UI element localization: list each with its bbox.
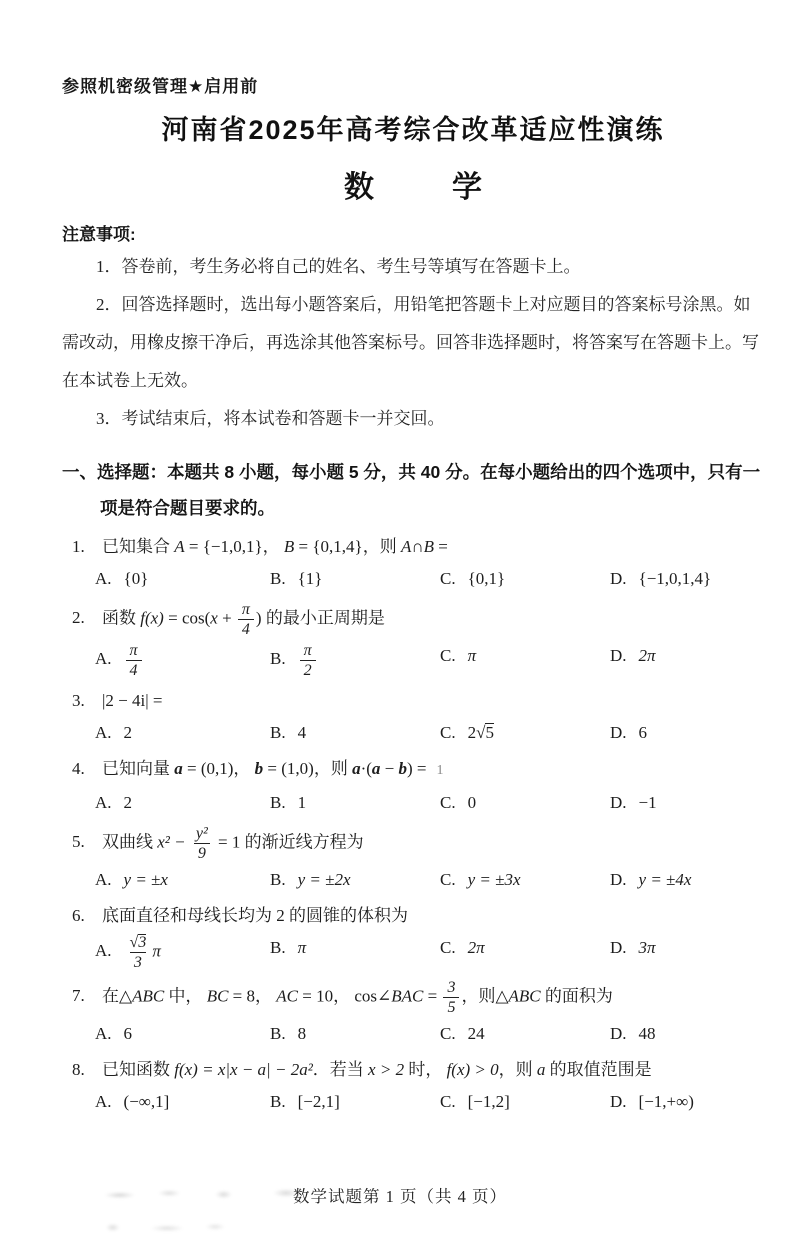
question-stem: 2.函数 f(x) = cos(x + π4) 的最小正周期是 (72, 600, 764, 639)
option-label: D. (610, 870, 627, 889)
stem-text: ，则 (363, 537, 401, 556)
fraction-numerator: 3 (443, 978, 459, 997)
stem-text: 函数 (102, 608, 140, 627)
option-label: D. (610, 938, 627, 957)
option-b: B.{1} (270, 564, 440, 594)
option-row: A.π4 B.π2 C.π D.2π (95, 641, 764, 680)
fraction: y²9 (192, 824, 212, 863)
option-d: D.[−1,+∞) (610, 1087, 764, 1117)
question-7: 7.在△ABC 中， BC = 8， AC = 10， cos∠BAC = 35… (72, 978, 764, 1049)
math-expr: = 10 (298, 986, 333, 1005)
exam-page: 参照机密级管理★启用前 河南省2025年高考综合改革适应性演练 数学 注意事项:… (0, 0, 800, 1246)
option-b: B.8 (270, 1019, 440, 1049)
pencil-mark: 1 (437, 763, 444, 778)
fraction-denominator: 3 (130, 952, 146, 972)
option-label: A. (95, 870, 112, 889)
fraction-denominator: 4 (238, 619, 254, 639)
scan-smudge (100, 1220, 260, 1235)
question-6: 6.底面直径和母线长均为 2 的圆锥的体积为 A.√33π B.π C.2π D… (72, 901, 764, 972)
security-label: 参照机密级管理★启用前 (62, 76, 764, 98)
option-label: C. (440, 1092, 456, 1111)
option-a: A.√33π (95, 933, 270, 972)
question-2: 2.函数 f(x) = cos(x + π4) 的最小正周期是 A.π4 B.π… (72, 600, 764, 680)
question-number: 8. (72, 1055, 102, 1085)
stem-text: ， (255, 986, 276, 1005)
notice-item: 2．回答选择题时，选出每小题答案后，用铅笔把答题卡上对应题目的答案标号涂黑。如需… (62, 286, 764, 400)
option-c: C.y = ±3x (440, 865, 610, 895)
stem-text: 的取值范围是 (545, 1060, 651, 1079)
math-expr: |2 − 4i| = (102, 691, 162, 710)
fraction-denominator: 2 (300, 660, 316, 680)
stem-text: 底面直径和母线长均为 2 的圆锥的体积为 (102, 906, 408, 925)
option-label: A. (95, 793, 112, 812)
option-value: 3π (639, 938, 656, 957)
option-value: y = ±x (124, 870, 168, 889)
subject-char: 数 (344, 171, 374, 204)
option-value: 2 (124, 793, 133, 812)
question-1: 1.已知集合 A = {−1,0,1}， B = {0,1,4}，则 A∩B =… (72, 532, 764, 594)
option-label: B. (270, 569, 286, 588)
option-row: A.2 B.4 C.2√5 D.6 (95, 718, 764, 748)
sqrt-radicand: 5 (485, 723, 494, 742)
sqrt-radicand: 3 (138, 934, 146, 952)
question-stem: 4.已知向量 a = (0,1)， b = (1,0)，则 a·(a − b) … (72, 754, 764, 786)
option-label: B. (270, 793, 286, 812)
option-label: A. (95, 1024, 112, 1043)
option-label: B. (270, 649, 286, 668)
footer-page-label: 数学试题第 1 页（共 4 页） (0, 1183, 800, 1207)
option-row: A.√33π B.π C.2π D.3π (95, 933, 764, 972)
math-expr: A∩B (401, 537, 434, 556)
option-row: A.{0} B.{1} C.{0,1} D.{−1,0,1,4} (95, 564, 764, 594)
fraction-denominator: 4 (126, 660, 142, 680)
option-c: C.π (440, 641, 610, 680)
option-value: 1 (298, 793, 307, 812)
stem-text: ，则 (314, 759, 352, 778)
math-expr: = (1,0) (263, 759, 314, 778)
question-3: 3.|2 − 4i| = A.2 B.4 C.2√5 D.6 (72, 686, 764, 748)
option-a: A.2 (95, 718, 270, 748)
option-label: B. (270, 1024, 286, 1043)
vector-var: a (352, 759, 361, 778)
option-value: 24 (468, 1024, 485, 1043)
option-d: D.48 (610, 1019, 764, 1049)
fraction-numerator: √3 (126, 933, 151, 952)
stem-text: 双曲线 (102, 832, 157, 851)
math-expr: + (218, 608, 236, 627)
math-expr: B (284, 537, 294, 556)
option-value: 4 (298, 723, 307, 742)
option-b: B.[−2,1] (270, 1087, 440, 1117)
math-expr: f(x) = x|x − a| − 2a² (174, 1060, 313, 1079)
math-expr: = 1 (214, 832, 245, 851)
option-value: 2π (468, 938, 485, 957)
option-value: 48 (639, 1024, 656, 1043)
question-stem: 7.在△ABC 中， BC = 8， AC = 10， cos∠BAC = 35… (72, 978, 764, 1017)
option-c: C.{0,1} (440, 564, 610, 594)
exam-title: 河南省2025年高考综合改革适应性演练 (62, 112, 764, 148)
option-value: −1 (639, 793, 657, 812)
fraction: π4 (126, 641, 142, 680)
option-row: A.2 B.1 C.0 D.−1 (95, 788, 764, 818)
option-label: C. (440, 870, 456, 889)
option-label: D. (610, 723, 627, 742)
option-d: D.2π (610, 641, 764, 680)
math-expr: = (434, 537, 448, 556)
option-value: π (468, 646, 477, 665)
option-label: A. (95, 941, 112, 960)
question-8: 8.已知函数 f(x) = x|x − a| − 2a²．若当 x > 2 时，… (72, 1055, 764, 1117)
option-label: D. (610, 1092, 627, 1111)
option-label: B. (270, 938, 286, 957)
option-value: π (298, 938, 307, 957)
option-label: C. (440, 569, 456, 588)
option-c: C.24 (440, 1019, 610, 1049)
option-d: D.y = ±4x (610, 865, 764, 895)
option-label: D. (610, 1024, 627, 1043)
question-number: 4. (72, 754, 102, 784)
math-expr: △ABC (119, 986, 164, 1005)
stem-text: ，则 (499, 1060, 537, 1079)
math-expr: ∠BAC (377, 986, 423, 1005)
notice-item: 3．考试结束后，将本试卷和答题卡一并交回。 (62, 400, 764, 438)
option-value: 0 (468, 793, 477, 812)
math-expr: = 8 (228, 986, 255, 1005)
stem-text: 的最小正周期是 (266, 608, 385, 627)
fraction-numerator: y² (192, 824, 212, 843)
notice-heading: 注意事项: (62, 222, 764, 248)
option-label: A. (95, 723, 112, 742)
math-expr: cos( (182, 608, 210, 627)
math-expr: = {0,1,4} (294, 537, 362, 556)
fraction: √33 (126, 933, 151, 972)
stem-text: 时， (404, 1060, 447, 1079)
option-label: B. (270, 1092, 286, 1111)
option-d: D.6 (610, 718, 764, 748)
stem-text: 已知集合 (102, 537, 174, 556)
subject-char: 学 (452, 171, 482, 204)
math-expr: ) = (407, 759, 427, 778)
question-number: 5. (72, 827, 102, 857)
option-label: C. (440, 723, 456, 742)
option-value: {1} (298, 569, 323, 588)
question-5: 5.双曲线 x² − y²9 = 1 的渐近线方程为 A.y = ±x B.y … (72, 824, 764, 895)
option-b: B.1 (270, 788, 440, 818)
stem-text: 中， (164, 986, 207, 1005)
option-value: 8 (298, 1024, 307, 1043)
page-content: 参照机密级管理★启用前 河南省2025年高考综合改革适应性演练 数学 注意事项:… (0, 0, 800, 1117)
fraction: 35 (443, 978, 459, 1017)
fraction-numerator: π (238, 600, 254, 619)
stem-text: 的面积为 (541, 986, 613, 1005)
option-value: y = ±4x (639, 870, 692, 889)
math-expr: AC (276, 986, 298, 1005)
subject-title: 数学 (62, 168, 764, 208)
math-expr: f(x) (140, 608, 164, 627)
stem-text: 已知函数 (102, 1060, 174, 1079)
fraction-numerator: π (126, 641, 142, 660)
stem-text: 已知向量 (102, 759, 174, 778)
option-b: B.π2 (270, 641, 440, 680)
option-label: D. (610, 646, 627, 665)
stem-text: 在 (102, 986, 119, 1005)
option-value: {0,1} (468, 569, 506, 588)
option-b: B.y = ±2x (270, 865, 440, 895)
question-number: 6. (72, 901, 102, 931)
option-label: B. (270, 723, 286, 742)
option-a: A.6 (95, 1019, 270, 1049)
option-c: C.[−1,2] (440, 1087, 610, 1117)
option-value: y = ±2x (298, 870, 351, 889)
math-expr: x (210, 608, 218, 627)
math-expr: x² − (157, 832, 190, 851)
option-value: [−1,2] (468, 1092, 510, 1111)
notice-item: 1．答卷前，考生务必将自己的姓名、考生号等填写在答题卡上。 (62, 248, 764, 286)
option-label: B. (270, 870, 286, 889)
question-number: 1. (72, 532, 102, 562)
stem-text: ．若当 (313, 1060, 368, 1079)
option-value: 2 (124, 723, 133, 742)
stem-text: ， (263, 537, 284, 556)
option-label: A. (95, 569, 112, 588)
math-expr: △ABC (495, 986, 540, 1005)
math-expr: = (423, 986, 441, 1005)
option-label: C. (440, 646, 456, 665)
option-value: {0} (124, 569, 149, 588)
option-d: D.−1 (610, 788, 764, 818)
option-label: D. (610, 793, 627, 812)
option-suffix: π (152, 941, 161, 960)
stem-text: ，则 (461, 986, 495, 1005)
option-label: D. (610, 569, 627, 588)
option-c: C.0 (440, 788, 610, 818)
option-value: 2π (639, 646, 656, 665)
option-a: A.2 (95, 788, 270, 818)
vector-var: b (255, 759, 264, 778)
fraction: π2 (300, 641, 316, 680)
option-a: A.{0} (95, 564, 270, 594)
option-value: y = ±3x (468, 870, 521, 889)
math-expr: ) (256, 608, 266, 627)
math-expr: x > 2 (368, 1060, 404, 1079)
math-expr: = (0,1) (183, 759, 234, 778)
option-d: D.{−1,0,1,4} (610, 564, 764, 594)
stem-text: ， (233, 759, 254, 778)
option-row: A.6 B.8 C.24 D.48 (95, 1019, 764, 1049)
option-label: C. (440, 938, 456, 957)
math-expr: BC (207, 986, 229, 1005)
question-number: 2. (72, 603, 102, 633)
option-value: (−∞,1] (124, 1092, 170, 1111)
math-expr: ·( (361, 759, 372, 778)
fraction-denominator: 9 (194, 843, 210, 863)
fraction: π4 (238, 600, 254, 639)
stem-text: ， (333, 986, 354, 1005)
vector-var: a (174, 759, 183, 778)
option-label: A. (95, 649, 112, 668)
math-expr: = (164, 608, 182, 627)
stem-text: 的渐近线方程为 (245, 832, 364, 851)
option-value: [−1,+∞) (639, 1092, 694, 1111)
fraction-denominator: 5 (443, 997, 459, 1017)
math-expr: cos (354, 986, 377, 1005)
question-stem: 5.双曲线 x² − y²9 = 1 的渐近线方程为 (72, 824, 764, 863)
math-expr: − (380, 759, 398, 778)
question-number: 3. (72, 686, 102, 716)
math-expr: f(x) > 0 (447, 1060, 499, 1079)
question-stem: 1.已知集合 A = {−1,0,1}， B = {0,1,4}，则 A∩B = (72, 532, 764, 562)
sqrt-prefix: 2√ (468, 723, 486, 742)
notice-list: 1．答卷前，考生务必将自己的姓名、考生号等填写在答题卡上。 2．回答选择题时，选… (62, 248, 764, 438)
option-row: A.(−∞,1] B.[−2,1] C.[−1,2] D.[−1,+∞) (95, 1087, 764, 1117)
option-a: A.π4 (95, 641, 270, 680)
option-row: A.y = ±x B.y = ±2x C.y = ±3x D.y = ±4x (95, 865, 764, 895)
question-stem: 8.已知函数 f(x) = x|x − a| − 2a²．若当 x > 2 时，… (72, 1055, 764, 1085)
question-4: 4.已知向量 a = (0,1)， b = (1,0)，则 a·(a − b) … (72, 754, 764, 818)
option-a: A.(−∞,1] (95, 1087, 270, 1117)
vector-var: b (399, 759, 408, 778)
option-label: C. (440, 793, 456, 812)
option-value: [−2,1] (298, 1092, 340, 1111)
option-c: C.2√5 (440, 718, 610, 748)
option-value: 6 (124, 1024, 133, 1043)
option-c: C.2π (440, 933, 610, 972)
math-expr: A (174, 537, 184, 556)
fraction-numerator: π (300, 641, 316, 660)
math-expr: = {−1,0,1} (185, 537, 263, 556)
question-stem: 6.底面直径和母线长均为 2 的圆锥的体积为 (72, 901, 764, 931)
option-value: {−1,0,1,4} (639, 569, 712, 588)
option-b: B.π (270, 933, 440, 972)
option-a: A.y = ±x (95, 865, 270, 895)
sqrt-symbol: √ (130, 934, 139, 951)
option-label: A. (95, 1092, 112, 1111)
option-label: C. (440, 1024, 456, 1043)
section-heading: 一、选择题：本题共 8 小题，每小题 5 分，共 40 分。在每小题给出的四个选… (62, 454, 764, 526)
question-stem: 3.|2 − 4i| = (72, 686, 764, 716)
option-b: B.4 (270, 718, 440, 748)
option-value: 6 (639, 723, 648, 742)
question-number: 7. (72, 981, 102, 1011)
option-d: D.3π (610, 933, 764, 972)
